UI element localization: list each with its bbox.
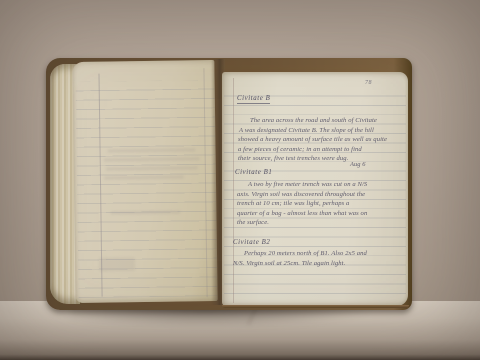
left-page-blank: [72, 60, 217, 303]
section-heading-civitate-b: Civitate B: [237, 95, 270, 104]
handwritten-line: showed a heavy amount of surface tile as…: [238, 136, 387, 143]
ink-bleedthrough: [110, 211, 180, 215]
page-number: 78: [365, 80, 372, 87]
ink-bleedthrough: [104, 157, 200, 161]
left-page-inner-margin-line: [203, 68, 207, 297]
handwritten-line: N/S. Virgin soil at 25cm. Tile again lig…: [233, 260, 345, 267]
handwritten-line: a few pieces of ceramic; in an attempt t…: [238, 146, 362, 153]
section-heading-civitate-b2: Civitate B2: [233, 239, 270, 246]
right-page-written: 78 Civitate B The area across the road a…: [222, 72, 408, 306]
page-smudge: [99, 257, 135, 272]
handwritten-line: the surface.: [237, 219, 269, 226]
handwritten-line: quarter of a bag - almost less than what…: [237, 210, 367, 217]
photo-scene: 78 Civitate B The area across the road a…: [0, 0, 480, 360]
handwritten-line: their source, five test trenches were du…: [238, 155, 348, 162]
right-page-margin-line: [233, 78, 234, 303]
handwritten-line: trench at 10 cm; tile was light, perhaps…: [237, 200, 349, 207]
handwritten-line: Perhaps 20 meters north of B1. Also 2x5 …: [244, 250, 367, 257]
handwritten-line: axis. Virgin soil was discovered through…: [237, 191, 365, 198]
ink-bleedthrough: [104, 175, 184, 179]
entry-date: Aug 6: [350, 161, 366, 168]
handwritten-line: The area across the road and south of Ci…: [250, 117, 377, 124]
handwritten-line: A was designated Civitate B. The slope o…: [239, 127, 374, 134]
handwritten-line: A two by five meter trench was cut on a …: [248, 181, 367, 188]
ink-bleedthrough: [108, 148, 196, 152]
section-heading-civitate-b1: Civitate B1: [235, 169, 272, 176]
cover-bottom-edge: [222, 305, 409, 308]
ink-bleedthrough: [106, 166, 198, 170]
